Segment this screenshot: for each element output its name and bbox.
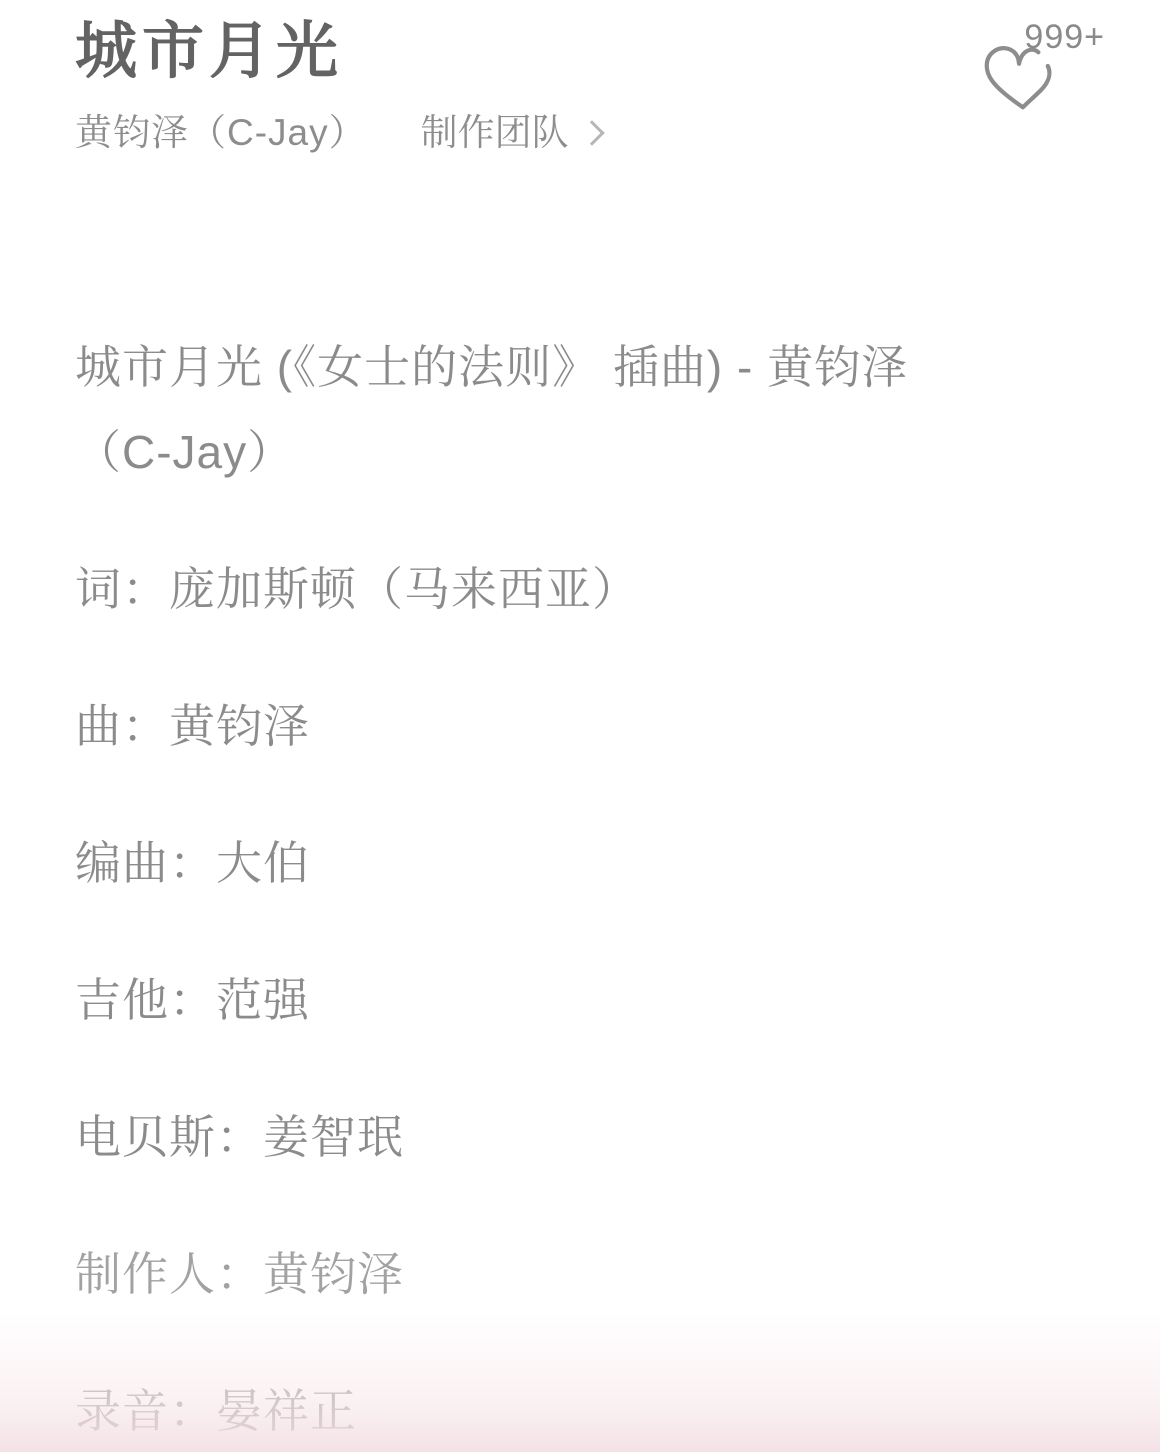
credit-line-lyricist: 词：庞加斯顿（马来西亚） [75,547,1085,632]
artist-name[interactable]: 黄钧泽（C-Jay） [75,110,367,156]
chevron-right-icon [579,120,604,145]
credit-line-guitar: 吉他：范强 [75,958,1085,1043]
credit-song-title-suffix: （C-Jay） [75,426,294,478]
song-detail-page: 城市月光 黄钧泽（C-Jay） 制作团队 城市月光 (《女士的法则》 插曲) -… [0,0,1160,1452]
credit-line-recording: 录音：晏祥正 [75,1369,1085,1452]
production-team-link[interactable]: 制作团队 [421,110,601,156]
like-button[interactable]: 999+ [973,18,1105,118]
credit-song-title-main: 城市月光 (《女士的法则》 插曲) - 黄钧泽 [75,341,908,393]
credit-line-arranger: 编曲：大伯 [75,821,1085,906]
song-header: 城市月光 黄钧泽（C-Jay） 制作团队 [75,8,1085,156]
credit-line-composer: 曲：黄钧泽 [75,684,1085,769]
like-count: 999+ [1024,18,1105,56]
credits-scroll-area[interactable]: 城市月光 (《女士的法则》 插曲) - 黄钧泽（C-Jay） 词：庞加斯顿（马来… [75,325,1085,1452]
credit-line-bass: 电贝斯：姜智珉 [75,1095,1085,1180]
credit-line-producer: 制作人：黄钧泽 [75,1232,1085,1317]
production-team-label: 制作团队 [421,110,569,156]
credit-song-title: 城市月光 (《女士的法则》 插曲) - 黄钧泽（C-Jay） [75,325,1085,495]
artist-row: 黄钧泽（C-Jay） 制作团队 [75,110,1085,156]
song-title: 城市月光 [75,8,1085,96]
